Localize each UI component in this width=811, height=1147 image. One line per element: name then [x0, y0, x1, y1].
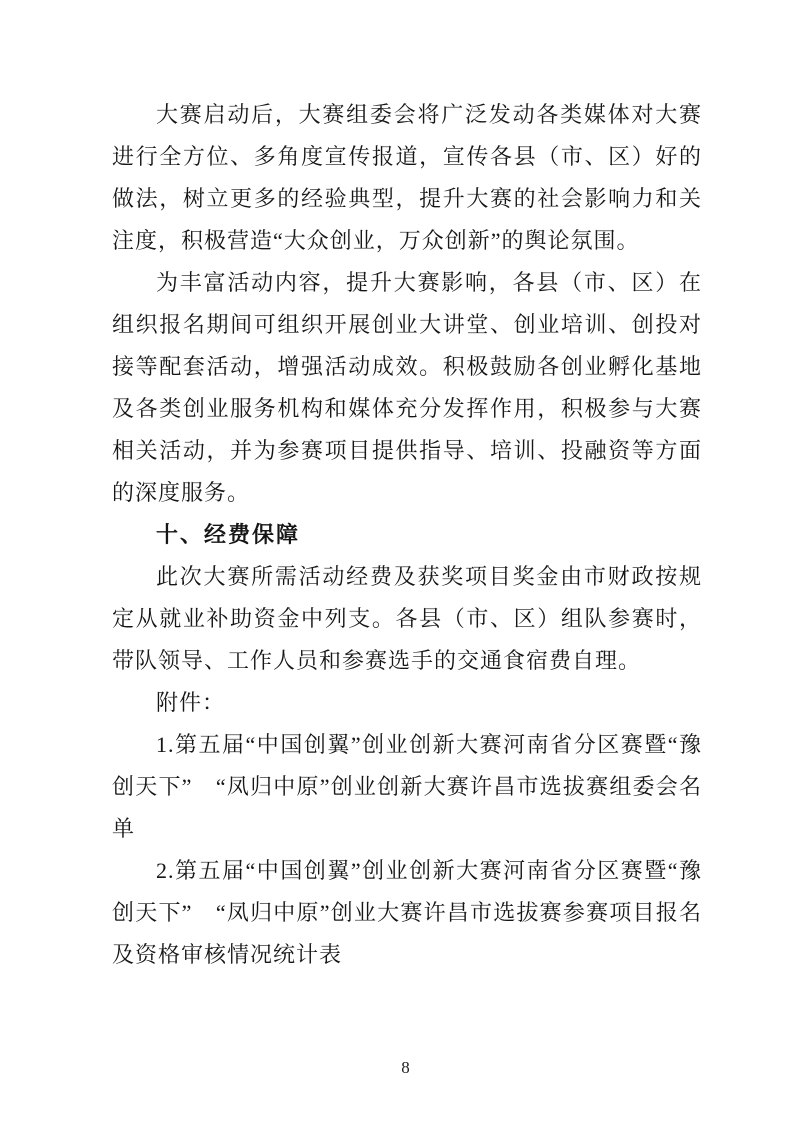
document-body: 大赛启动后，大赛组委会将广泛发动各类媒体对大赛进行全方位、多角度宣传报道，宣传各…: [112, 94, 702, 976]
page-number: 8: [0, 1058, 811, 1078]
document-page: 大赛启动后，大赛组委会将广泛发动各类媒体对大赛进行全方位、多角度宣传报道，宣传各…: [0, 0, 811, 1147]
paragraph-activities: 为丰富活动内容，提升大赛影响，各县（市、区）在组织报名期间可组织开展创业大讲堂、…: [112, 262, 702, 514]
paragraph-publicity: 大赛启动后，大赛组委会将广泛发动各类媒体对大赛进行全方位、多角度宣传报道，宣传各…: [112, 94, 702, 262]
attachment-item-2: 2.第五届“中国创翼”创业创新大赛河南省分区赛暨“豫创天下” “凤归中原”创业大…: [112, 850, 702, 976]
paragraph-funding-body: 此次大赛所需活动经费及获奖项目奖金由市财政按规定从就业补助资金中列支。各县（市、…: [112, 556, 702, 682]
attachments-label: 附件：: [112, 682, 702, 724]
attachment-item-1: 1.第五届“中国创翼”创业创新大赛河南省分区赛暨“豫创天下” “凤归中原”创业创…: [112, 724, 702, 850]
section-heading-funding: 十、经费保障: [112, 514, 702, 556]
